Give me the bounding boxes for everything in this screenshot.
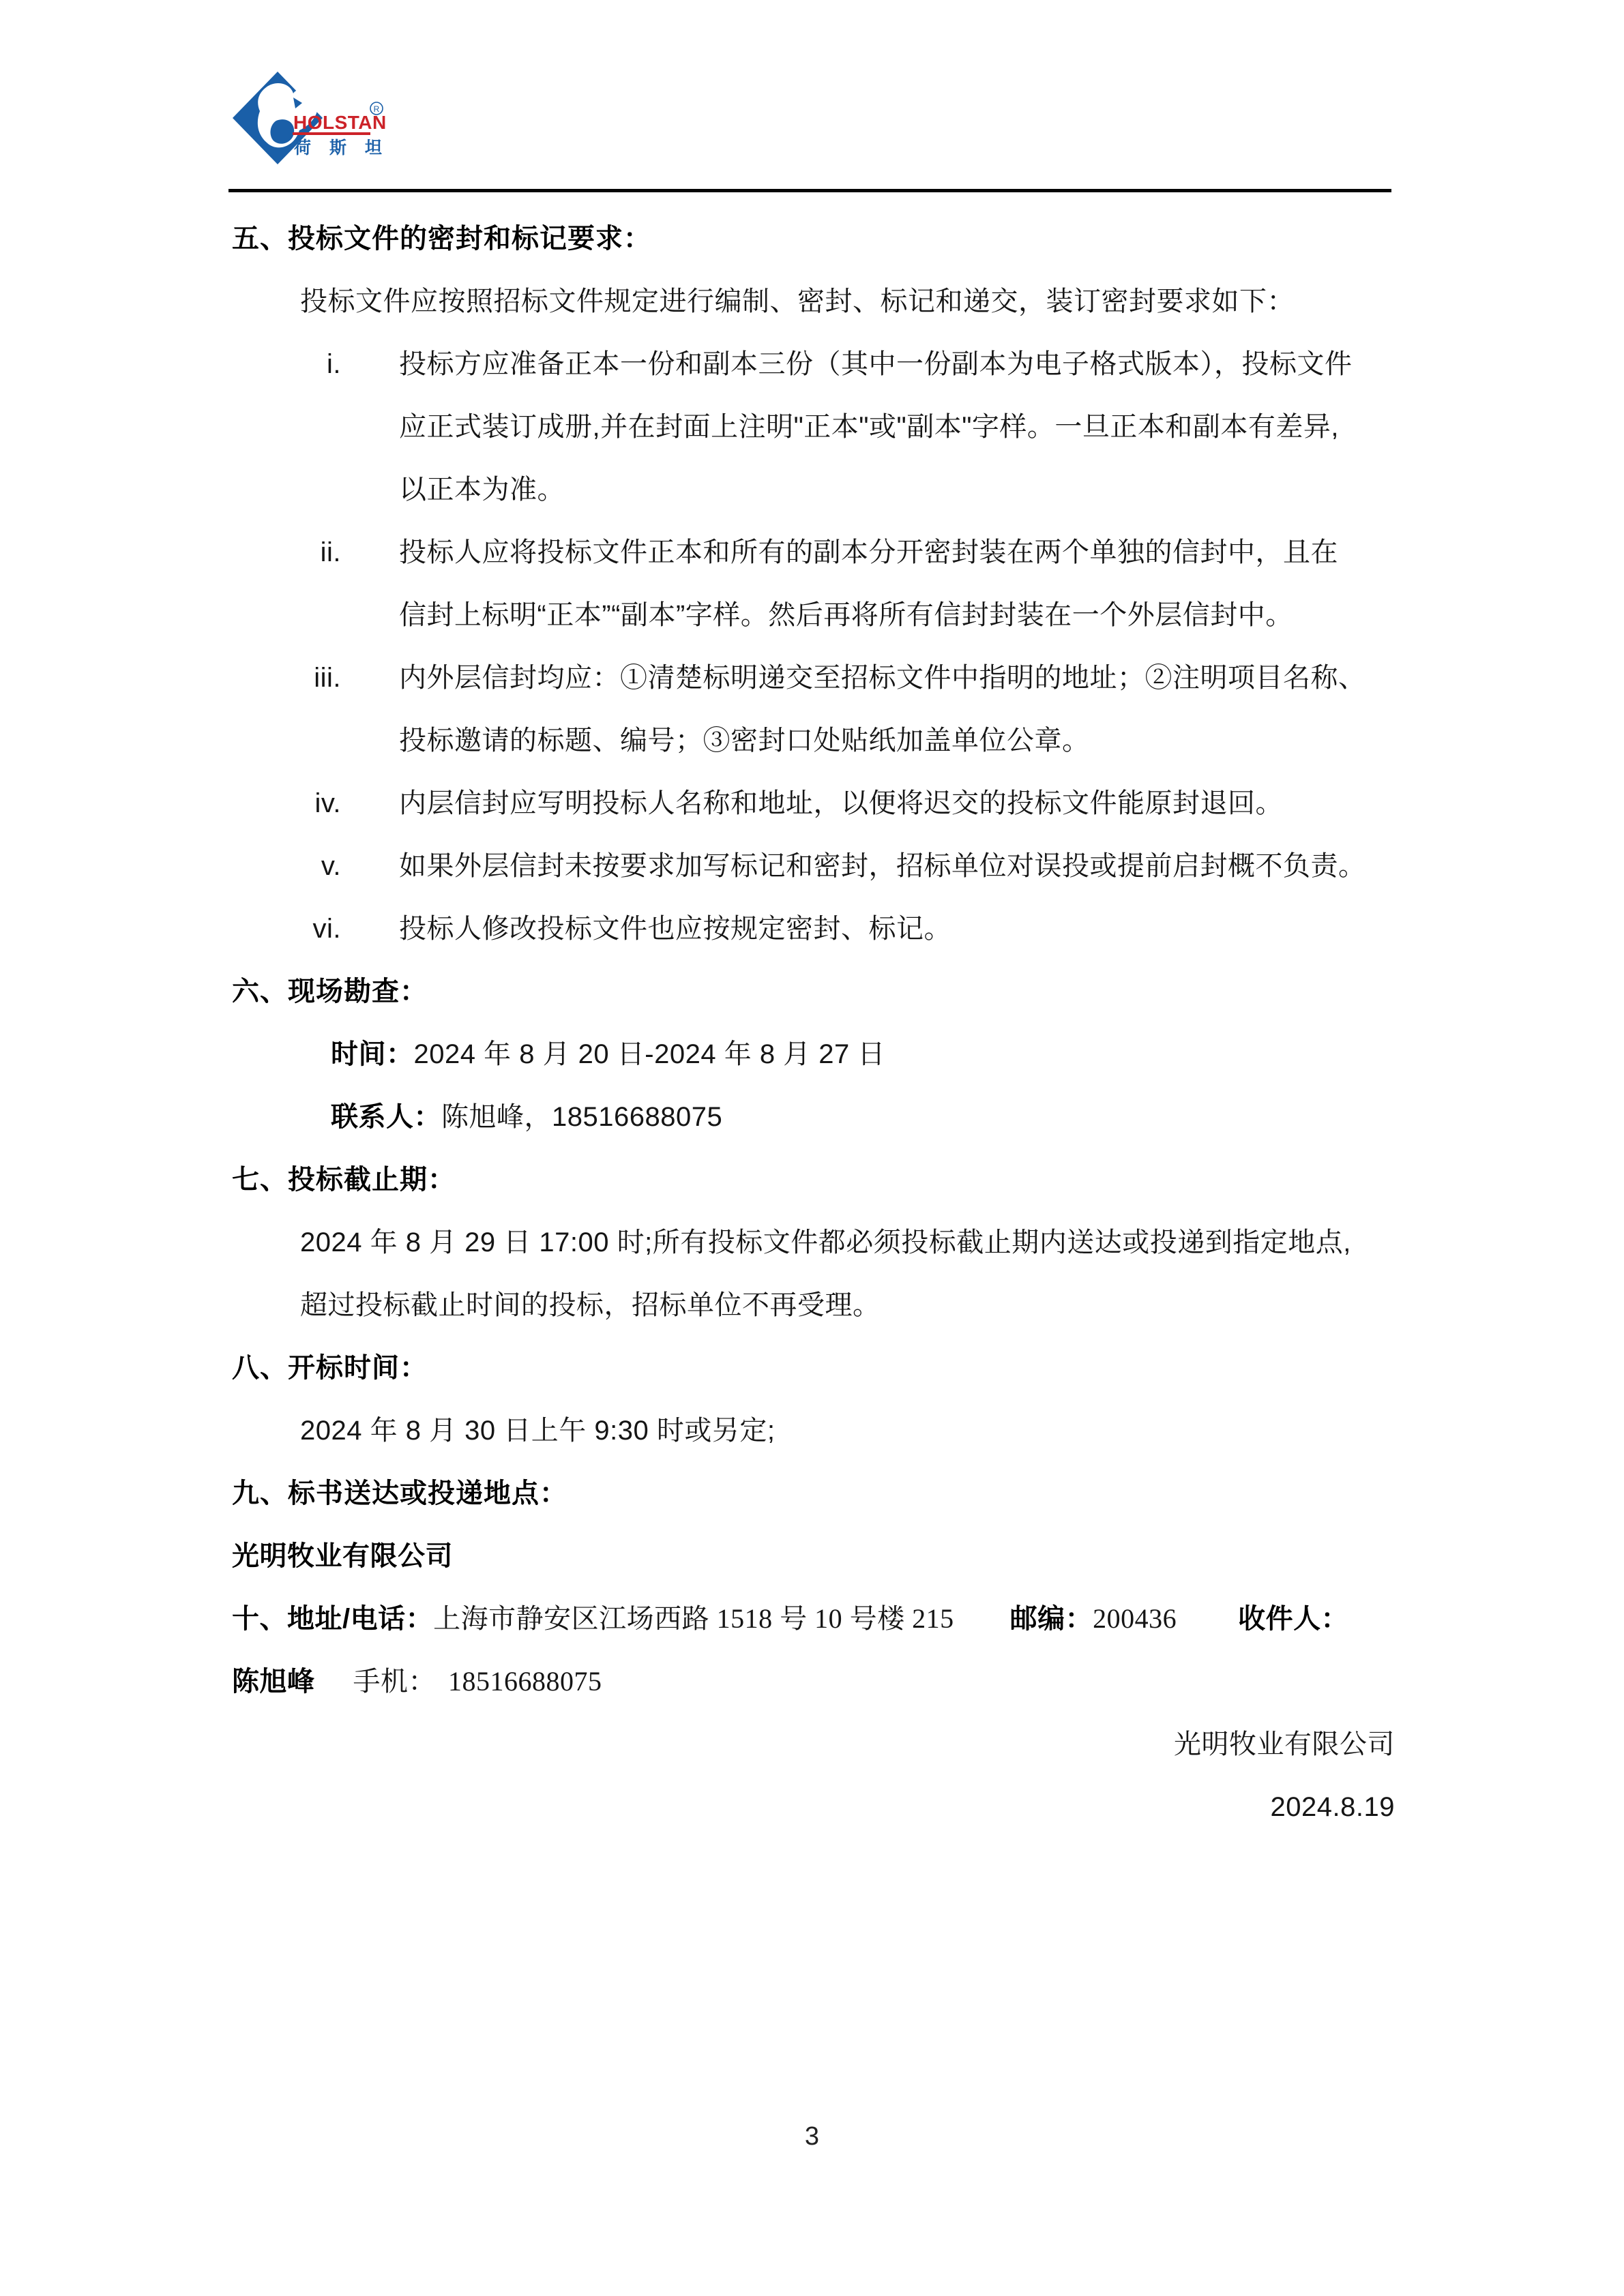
list-marker: i.	[232, 333, 341, 396]
list-item-text: 投标人应将投标文件正本和所有的副本分开密封装在两个单独的信封中，且在	[399, 521, 1338, 584]
list-item-text: 以正本为准。	[399, 458, 565, 521]
delivery-company: 光明牧业有限公司	[232, 1525, 1395, 1587]
list-item-text: 投标人修改投标文件也应按规定密封、标记。	[399, 897, 951, 960]
recipient-label: 收件人：	[1238, 1604, 1348, 1634]
registered-trademark-letter: R	[374, 104, 380, 114]
postcode-label: 邮编：	[1010, 1604, 1093, 1634]
list-item-text: 内外层信封均应：①清楚标明递交至招标文件中指明的地址；②注明项目名称、	[399, 646, 1366, 709]
survey-time-line: 时间：2024 年 8 月 20 日-2024 年 8 月 27 日	[232, 1023, 1395, 1086]
section-6-heading: 六、现场勘查：	[232, 960, 1395, 1023]
list-marker: iii.	[232, 646, 341, 709]
contact-label: 联系人：	[331, 1102, 441, 1132]
list-item-text: 投标邀请的标题、编号；③密封口处贴纸加盖单位公章。	[399, 709, 1090, 772]
list-marker: vi.	[232, 897, 341, 960]
list-marker: v.	[232, 835, 341, 897]
recipient-line: 陈旭峰手机：18516688075	[232, 1650, 1395, 1713]
time-label: 时间：	[331, 1039, 414, 1069]
list-marker: iv.	[232, 772, 341, 835]
list-item-text: 应正式装订成册,并在封面上注明"正本"或"副本"字样。一旦正本和副本有差异,	[399, 396, 1339, 458]
section-10-heading: 十、地址/电话：	[232, 1604, 433, 1634]
list-item: iv.内层信封应写明投标人名称和地址，以便将迟交的投标文件能原封退回。	[232, 772, 1395, 835]
deadline-line: 超过投标截止时间的投标，招标单位不再受理。	[232, 1274, 1395, 1337]
signature-date: 2024.8.19	[232, 1776, 1395, 1838]
mobile-label: 手机：	[353, 1666, 437, 1697]
list-item-text: 信封上标明“正本”“副本”字样。然后再将所有信封封装在一个外层信封中。	[399, 584, 1293, 646]
holstan-logo: HOLSTAN 荷 斯 坦 R	[227, 70, 387, 166]
list-item-continuation: 投标邀请的标题、编号；③密封口处贴纸加盖单位公章。	[232, 709, 1395, 772]
list-marker: ii.	[232, 521, 341, 584]
document-content: 五、投标文件的密封和标记要求： 投标文件应按照招标文件规定进行编制、密封、标记和…	[232, 207, 1395, 1838]
time-value: 2024 年 8 月 20 日-2024 年 8 月 27 日	[414, 1039, 885, 1069]
list-item-continuation: 应正式装订成册,并在封面上注明"正本"或"副本"字样。一旦正本和副本有差异,	[232, 396, 1395, 458]
contact-value: 陈旭峰，18516688075	[441, 1102, 722, 1132]
logo-brand-text: HOLSTAN	[293, 112, 387, 133]
logo-underline	[293, 132, 370, 135]
address-phone-line: 十、地址/电话：上海市静安区江场西路 1518 号 10 号楼 215邮编：20…	[232, 1587, 1395, 1650]
mobile-value: 18516688075	[448, 1666, 602, 1697]
list-item-continuation: 信封上标明“正本”“副本”字样。然后再将所有信封封装在一个外层信封中。	[232, 584, 1395, 646]
section-7-heading: 七、投标截止期：	[232, 1148, 1395, 1211]
recipient-name: 陈旭峰	[232, 1667, 315, 1697]
bid-opening-line: 2024 年 8 月 30 日上午 9:30 时或另定;	[232, 1399, 1395, 1462]
section-8-heading: 八、开标时间：	[232, 1337, 1395, 1399]
document-page: HOLSTAN 荷 斯 坦 R 五、投标文件的密封和标记要求： 投标文件应按照招…	[0, 0, 1624, 2296]
list-item: ii.投标人应将投标文件正本和所有的副本分开密封装在两个单独的信封中，且在	[232, 521, 1395, 584]
signature-company: 光明牧业有限公司	[232, 1713, 1395, 1776]
list-item-text: 如果外层信封未按要求加写标记和密封，招标单位对误投或提前启封概不负责。	[399, 835, 1366, 897]
list-item: i.投标方应准备正本一份和副本三份（其中一份副本为电子格式版本），投标文件	[232, 333, 1395, 396]
section-5-intro: 投标文件应按照招标文件规定进行编制、密封、标记和递交，装订密封要求如下：	[232, 270, 1395, 333]
list-item: iii.内外层信封均应：①清楚标明递交至招标文件中指明的地址；②注明项目名称、	[232, 646, 1395, 709]
list-item: vi.投标人修改投标文件也应按规定密封、标记。	[232, 897, 1395, 960]
header-divider	[228, 189, 1391, 192]
deadline-line: 2024 年 8 月 29 日 17:00 时;所有投标文件都必须投标截止期内送…	[232, 1211, 1395, 1274]
list-item-text: 内层信封应写明投标人名称和地址，以便将迟交的投标文件能原封退回。	[399, 772, 1283, 835]
section-9-heading: 九、标书送达或投递地点：	[232, 1462, 1395, 1525]
section-5-heading: 五、投标文件的密封和标记要求：	[232, 207, 1395, 270]
list-item: v.如果外层信封未按要求加写标记和密封，招标单位对误投或提前启封概不负责。	[232, 835, 1395, 897]
list-item-continuation: 以正本为准。	[232, 458, 1395, 521]
postcode-value: 200436	[1093, 1603, 1177, 1634]
list-item-text: 投标方应准备正本一份和副本三份（其中一份副本为电子格式版本），投标文件	[399, 333, 1353, 396]
logo-brand-cn-text: 荷 斯 坦	[294, 138, 387, 158]
address-value: 上海市静安区江场西路 1518 号 10 号楼 215	[433, 1603, 954, 1634]
survey-contact-line: 联系人：陈旭峰，18516688075	[232, 1086, 1395, 1148]
page-number: 3	[0, 2122, 1624, 2151]
